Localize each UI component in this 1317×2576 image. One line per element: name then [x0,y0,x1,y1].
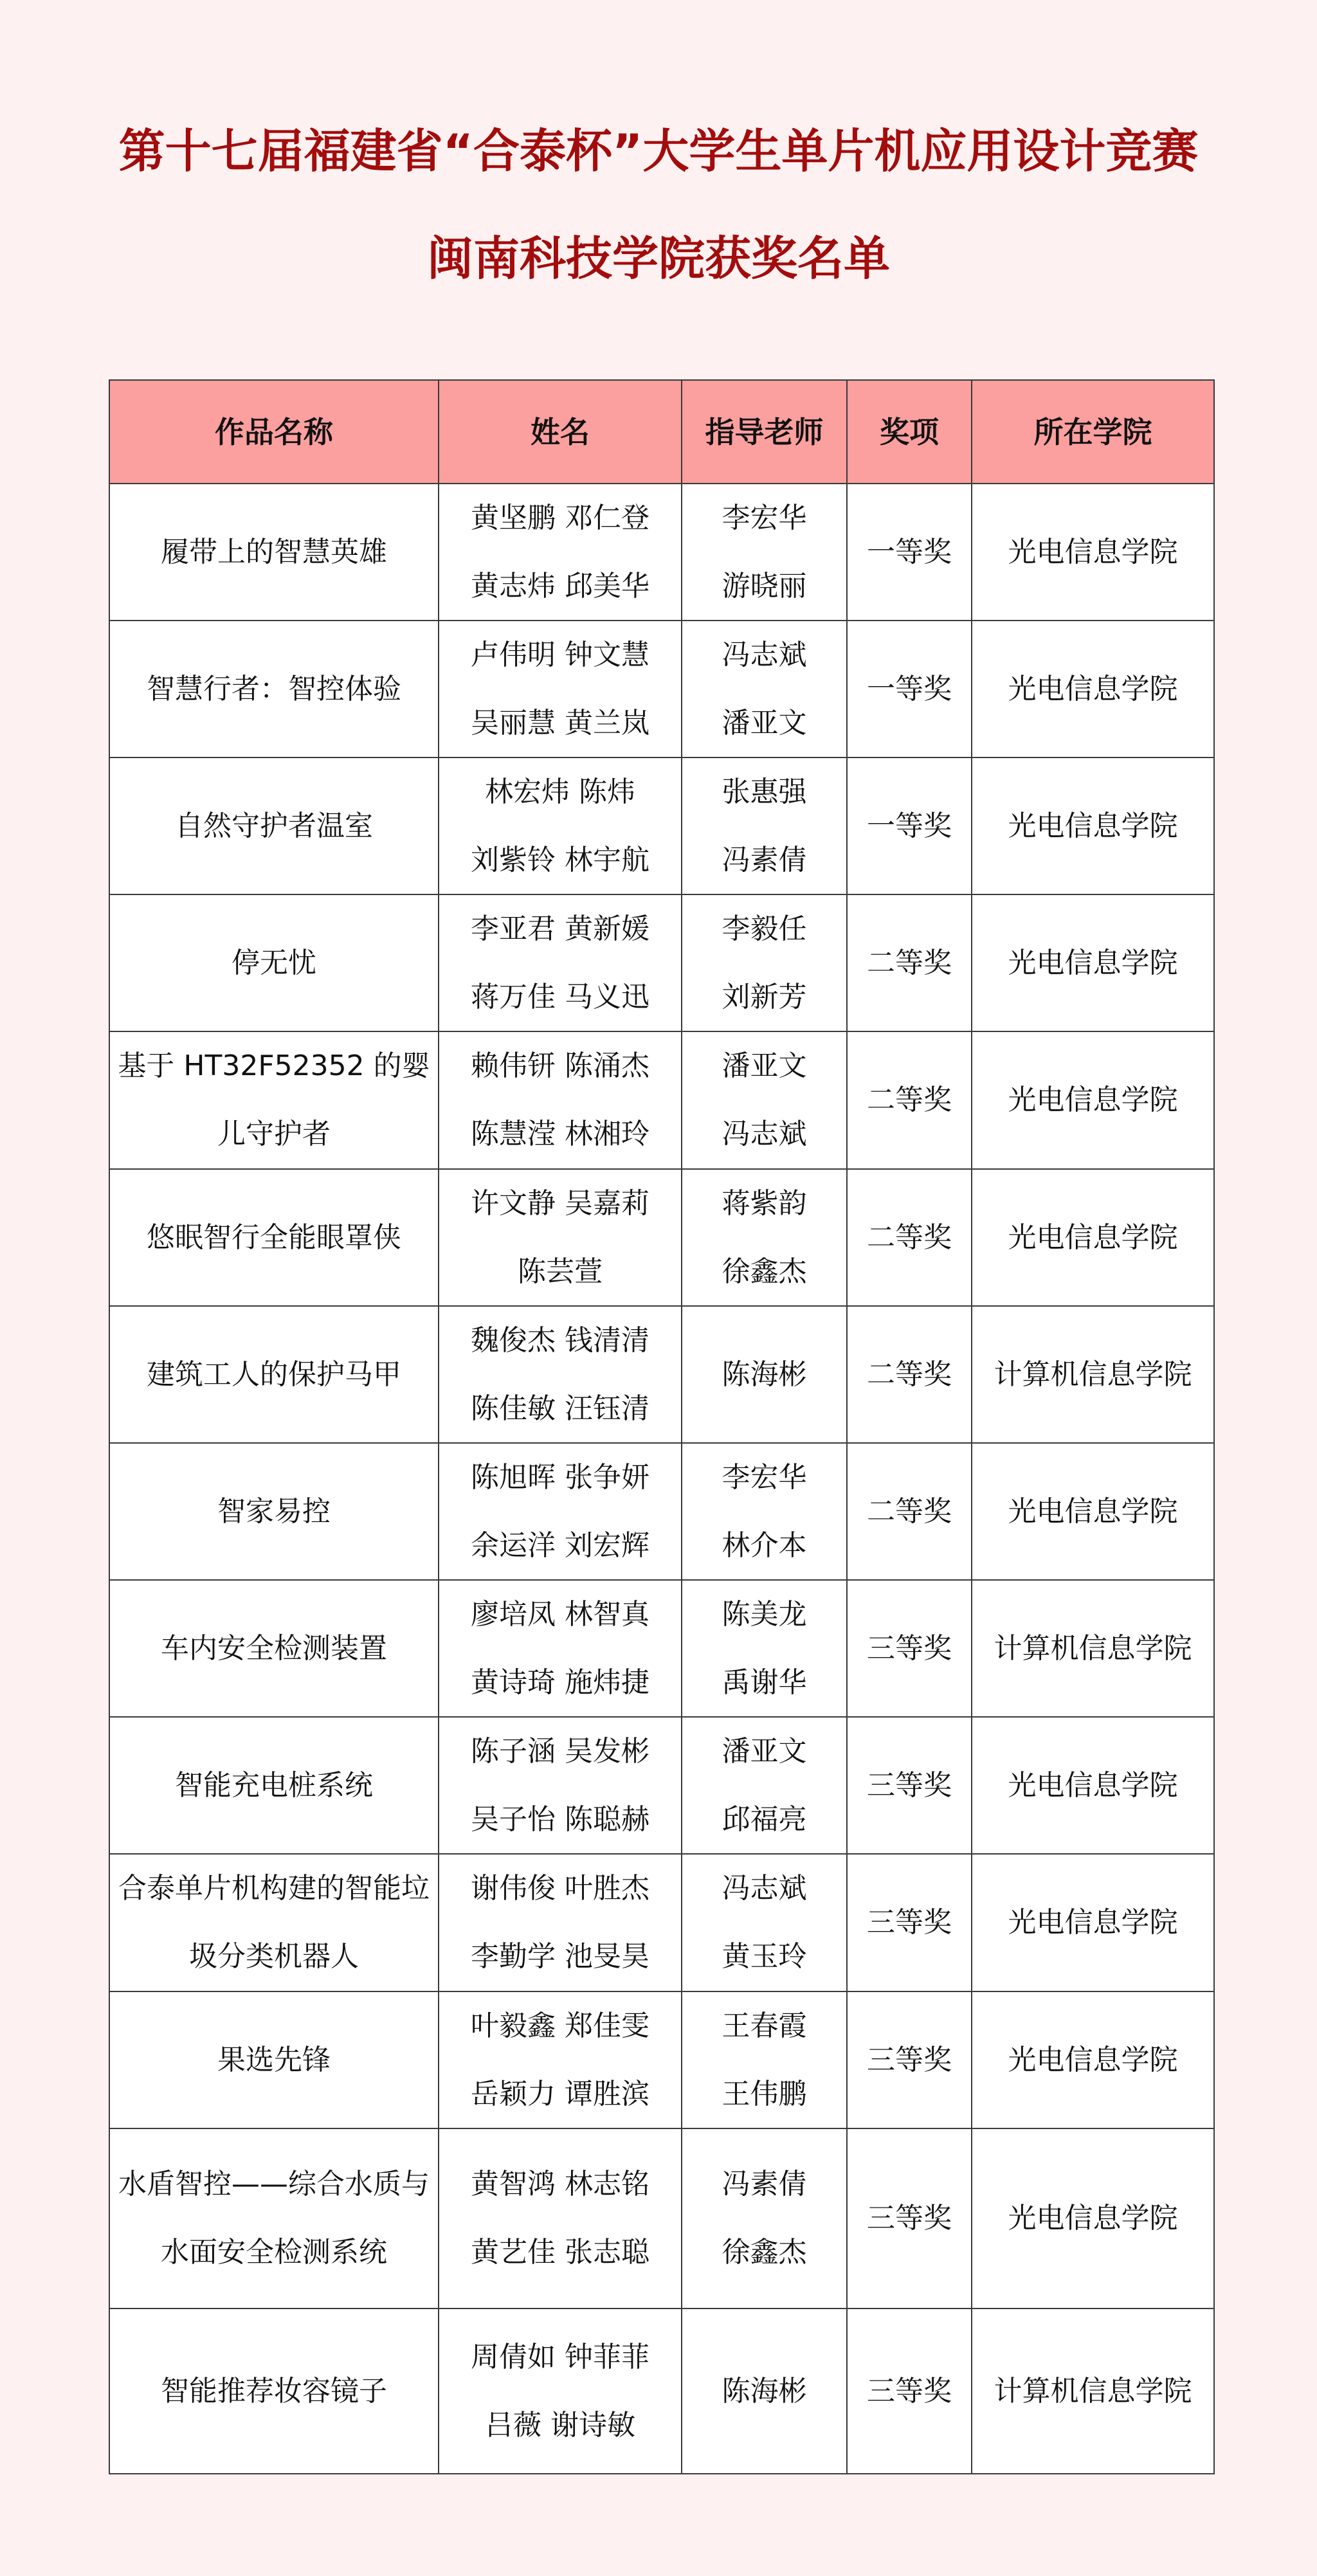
cell-student-names: 许文静 吴嘉莉陈芸萱 [439,1169,682,1306]
header-work: 作品名称 [109,380,439,484]
cell-work-title: 合泰单片机构建的智能垃圾分类机器人 [109,1854,439,1991]
student-names-line: 卢伟明 钟文慧 [471,638,649,673]
cell-student-names: 廖培凤 林智真黄诗琦 施炜捷 [439,1580,682,1717]
advisor-name: 冯素倩 [722,2167,807,2202]
work-title: 停无忧 [232,929,316,997]
cell-college: 光电信息学院 [972,1854,1214,1991]
work-title: 水盾智控——综合水质与水面安全检测系统 [115,2150,433,2287]
advisor-name: 张惠强 [722,775,807,810]
cell-student-names: 魏俊杰 钱清清陈佳敏 汪钰清 [439,1306,682,1443]
student-names-line: 李勤学 池旻昊 [471,1939,649,1974]
cell-college: 光电信息学院 [972,894,1214,1031]
cell-advisors: 冯志斌黄玉玲 [682,1854,847,1991]
advisor-name: 王春霞 [722,2009,807,2044]
cell-work-title: 智慧行者：智控体验 [109,621,439,757]
table-row: 车内安全检测装置廖培凤 林智真黄诗琦 施炜捷陈美龙禹谢华三等奖计算机信息学院 [109,1580,1214,1717]
table-row: 建筑工人的保护马甲魏俊杰 钱清清陈佳敏 汪钰清陈海彬二等奖计算机信息学院 [109,1306,1214,1443]
cell-student-names: 林宏炜 陈炜刘紫铃 林宇航 [439,757,682,894]
advisor-name: 潘亚文 [722,1734,807,1769]
table-row: 悠眠智行全能眼罩侠许文静 吴嘉莉陈芸萱蒋紫韵徐鑫杰二等奖光电信息学院 [109,1169,1214,1306]
cell-award: 三等奖 [847,1580,972,1717]
advisor-name: 王伟鹏 [722,2077,807,2112]
cell-advisors: 冯素倩徐鑫杰 [682,2128,847,2308]
cell-college: 光电信息学院 [972,1717,1214,1854]
advisor-name: 林介本 [722,1528,807,1563]
cell-advisors: 潘亚文邱福亮 [682,1717,847,1854]
student-names-line: 谢伟俊 叶胜杰 [471,1871,649,1906]
student-names-line: 黄诗琦 施炜捷 [471,1665,649,1700]
cell-award: 一等奖 [847,621,972,757]
cell-student-names: 李亚君 黄新媛蒋万佳 马义迅 [439,894,682,1031]
advisor-name: 潘亚文 [722,706,807,741]
cell-advisors: 陈海彬 [682,1306,847,1443]
cell-college: 光电信息学院 [972,1169,1214,1306]
cell-advisors: 李宏华游晓丽 [682,484,847,621]
advisor-name: 陈海彬 [722,1357,807,1392]
student-names-line: 赖伟钘 陈涌杰 [471,1049,649,1084]
table-row: 智能充电桩系统陈子涵 吴发彬吴子怡 陈聪赫潘亚文邱福亮三等奖光电信息学院 [109,1717,1214,1854]
header-award: 奖项 [847,380,972,484]
student-names-line: 许文静 吴嘉莉 [471,1186,649,1221]
cell-advisors: 李宏华林介本 [682,1443,847,1580]
cell-work-title: 智家易控 [109,1443,439,1580]
cell-advisors: 陈美龙禹谢华 [682,1580,847,1717]
student-names-line: 廖培凤 林智真 [471,1597,649,1632]
advisor-name: 陈美龙 [722,1597,807,1632]
advisor-name: 禹谢华 [722,1665,807,1700]
cell-advisors: 王春霞王伟鹏 [682,1991,847,2128]
advisor-name: 潘亚文 [722,1049,807,1084]
cell-award: 二等奖 [847,1306,972,1443]
table-row: 智家易控陈旭晖 张争妍余运洋 刘宏辉李宏华林介本二等奖光电信息学院 [109,1443,1214,1580]
document-subtitle: 闽南科技学院获奖名单 [0,226,1317,291]
awards-table: 作品名称 姓名 指导老师 奖项 所在学院 履带上的智慧英雄黄坚鹏 邓仁登黄志炜 … [109,379,1215,2474]
cell-college: 光电信息学院 [972,621,1214,757]
table-row: 智慧行者：智控体验卢伟明 钟文慧吴丽慧 黄兰岚冯志斌潘亚文一等奖光电信息学院 [109,621,1214,757]
table-row: 水盾智控——综合水质与水面安全检测系统黄智鸿 林志铭黄艺佳 张志聪冯素倩徐鑫杰三… [109,2128,1214,2308]
cell-college: 光电信息学院 [972,1991,1214,2128]
work-title: 车内安全检测装置 [161,1615,387,1683]
cell-college: 计算机信息学院 [972,2308,1214,2474]
table-row: 停无忧李亚君 黄新媛蒋万佳 马义迅李毅任刘新芳二等奖光电信息学院 [109,894,1214,1031]
work-title: 智能充电桩系统 [175,1752,373,1820]
cell-college: 计算机信息学院 [972,1580,1214,1717]
advisor-name: 蒋紫韵 [722,1186,807,1221]
advisor-name: 冯志斌 [722,1117,807,1152]
work-title: 果选先锋 [217,2026,331,2094]
cell-work-title: 履带上的智慧英雄 [109,484,439,621]
cell-work-title: 智能推荐妆容镜子 [109,2308,439,2474]
cell-college: 计算机信息学院 [972,1306,1214,1443]
cell-award: 三等奖 [847,2308,972,2474]
student-names-line: 林宏炜 陈炜 [485,775,635,810]
header-names: 姓名 [439,380,682,484]
cell-advisors: 李毅任刘新芳 [682,894,847,1031]
work-title: 基于 HT32F52352 的婴儿守护者 [115,1032,433,1168]
student-names-line: 黄志炜 邱美华 [471,569,649,604]
cell-work-title: 自然守护者温室 [109,757,439,894]
cell-student-names: 陈子涵 吴发彬吴子怡 陈聪赫 [439,1717,682,1854]
cell-work-title: 建筑工人的保护马甲 [109,1306,439,1443]
cell-student-names: 卢伟明 钟文慧吴丽慧 黄兰岚 [439,621,682,757]
student-names-line: 黄艺佳 张志聪 [471,2235,649,2270]
cell-work-title: 车内安全检测装置 [109,1580,439,1717]
work-title: 悠眠智行全能眼罩侠 [147,1204,401,1272]
table-row: 果选先锋叶毅鑫 郑佳雯岳颖力 谭胜滨王春霞王伟鹏三等奖光电信息学院 [109,1991,1214,2128]
student-names-line: 吕薇 谢诗敏 [485,2408,635,2443]
student-names-line: 魏俊杰 钱清清 [471,1323,649,1358]
table-row: 履带上的智慧英雄黄坚鹏 邓仁登黄志炜 邱美华李宏华游晓丽一等奖光电信息学院 [109,484,1214,621]
student-names-line: 吴丽慧 黄兰岚 [471,706,649,741]
cell-college: 光电信息学院 [972,757,1214,894]
work-title: 合泰单片机构建的智能垃圾分类机器人 [115,1855,433,1991]
cell-advisors: 潘亚文冯志斌 [682,1031,847,1169]
student-names-line: 吴子怡 陈聪赫 [471,1802,649,1837]
cell-college: 光电信息学院 [972,2128,1214,2308]
header-college: 所在学院 [972,380,1214,484]
cell-work-title: 水盾智控——综合水质与水面安全检测系统 [109,2128,439,2308]
student-names-line: 陈佳敏 汪钰清 [471,1392,649,1426]
cell-award: 二等奖 [847,1443,972,1580]
work-title: 智慧行者：智控体验 [147,655,401,723]
student-names-line: 叶毅鑫 郑佳雯 [471,2009,649,2044]
cell-award: 三等奖 [847,1854,972,1991]
advisor-name: 李宏华 [722,1460,807,1495]
table-row: 合泰单片机构建的智能垃圾分类机器人谢伟俊 叶胜杰李勤学 池旻昊冯志斌黄玉玲三等奖… [109,1854,1214,1991]
advisor-name: 游晓丽 [722,569,807,604]
advisor-name: 冯志斌 [722,1871,807,1906]
work-title: 建筑工人的保护马甲 [147,1341,401,1409]
cell-award: 二等奖 [847,1169,972,1306]
cell-work-title: 果选先锋 [109,1991,439,2128]
advisor-name: 陈海彬 [722,2374,807,2409]
cell-student-names: 陈旭晖 张争妍余运洋 刘宏辉 [439,1443,682,1580]
cell-work-title: 智能充电桩系统 [109,1717,439,1854]
advisor-name: 冯志斌 [722,638,807,673]
advisor-name: 徐鑫杰 [722,2235,807,2270]
cell-student-names: 赖伟钘 陈涌杰陈慧滢 林湘玲 [439,1031,682,1169]
cell-award: 二等奖 [847,894,972,1031]
student-names-line: 陈慧滢 林湘玲 [471,1117,649,1152]
table-body: 履带上的智慧英雄黄坚鹏 邓仁登黄志炜 邱美华李宏华游晓丽一等奖光电信息学院智慧行… [109,484,1214,2474]
cell-advisors: 陈海彬 [682,2308,847,2474]
cell-college: 光电信息学院 [972,1443,1214,1580]
cell-college: 光电信息学院 [972,484,1214,621]
cell-advisors: 张惠强冯素倩 [682,757,847,894]
advisor-name: 李毅任 [722,912,807,947]
advisor-name: 李宏华 [722,501,807,536]
cell-advisors: 冯志斌潘亚文 [682,621,847,757]
table-row: 智能推荐妆容镜子周倩如 钟菲菲吕薇 谢诗敏陈海彬三等奖计算机信息学院 [109,2308,1214,2474]
cell-student-names: 叶毅鑫 郑佳雯岳颖力 谭胜滨 [439,1991,682,2128]
student-names-line: 岳颖力 谭胜滨 [471,2077,649,2112]
cell-student-names: 周倩如 钟菲菲吕薇 谢诗敏 [439,2308,682,2474]
student-names-line: 刘紫铃 林宇航 [471,843,649,878]
cell-advisors: 蒋紫韵徐鑫杰 [682,1169,847,1306]
student-names-line: 陈芸萱 [518,1255,603,1289]
cell-award: 二等奖 [847,1031,972,1169]
cell-work-title: 停无忧 [109,894,439,1031]
cell-student-names: 黄坚鹏 邓仁登黄志炜 邱美华 [439,484,682,621]
cell-student-names: 谢伟俊 叶胜杰李勤学 池旻昊 [439,1854,682,1991]
student-names-line: 陈旭晖 张争妍 [471,1460,649,1495]
advisor-name: 刘新芳 [722,980,807,1015]
cell-award: 三等奖 [847,1717,972,1854]
header-advisor: 指导老师 [682,380,847,484]
student-names-line: 李亚君 黄新媛 [471,912,649,947]
cell-work-title: 基于 HT32F52352 的婴儿守护者 [109,1031,439,1169]
cell-college: 光电信息学院 [972,1031,1214,1169]
cell-award: 一等奖 [847,757,972,894]
table-row: 自然守护者温室林宏炜 陈炜刘紫铃 林宇航张惠强冯素倩一等奖光电信息学院 [109,757,1214,894]
advisor-name: 徐鑫杰 [722,1255,807,1289]
student-names-line: 陈子涵 吴发彬 [471,1734,649,1769]
work-title: 智家易控 [217,1478,331,1546]
cell-student-names: 黄智鸿 林志铭黄艺佳 张志聪 [439,2128,682,2308]
cell-award: 三等奖 [847,1991,972,2128]
student-names-line: 黄坚鹏 邓仁登 [471,501,649,536]
work-title: 智能推荐妆容镜子 [161,2357,387,2426]
cell-work-title: 悠眠智行全能眼罩侠 [109,1169,439,1306]
cell-award: 三等奖 [847,2128,972,2308]
student-names-line: 余运洋 刘宏辉 [471,1528,649,1563]
work-title: 自然守护者温室 [175,792,373,860]
work-title: 履带上的智慧英雄 [161,518,387,586]
student-names-line: 周倩如 钟菲菲 [471,2340,649,2375]
table-header-row: 作品名称 姓名 指导老师 奖项 所在学院 [109,380,1214,484]
table-row: 基于 HT32F52352 的婴儿守护者赖伟钘 陈涌杰陈慧滢 林湘玲潘亚文冯志斌… [109,1031,1214,1169]
document-title: 第十七届福建省“合泰杯”大学生单片机应用设计竞赛 [0,119,1317,183]
student-names-line: 蒋万佳 马义迅 [471,980,649,1015]
advisor-name: 冯素倩 [722,843,807,878]
student-names-line: 黄智鸿 林志铭 [471,2167,649,2202]
advisor-name: 黄玉玲 [722,1939,807,1974]
cell-award: 一等奖 [847,484,972,621]
advisor-name: 邱福亮 [722,1802,807,1837]
